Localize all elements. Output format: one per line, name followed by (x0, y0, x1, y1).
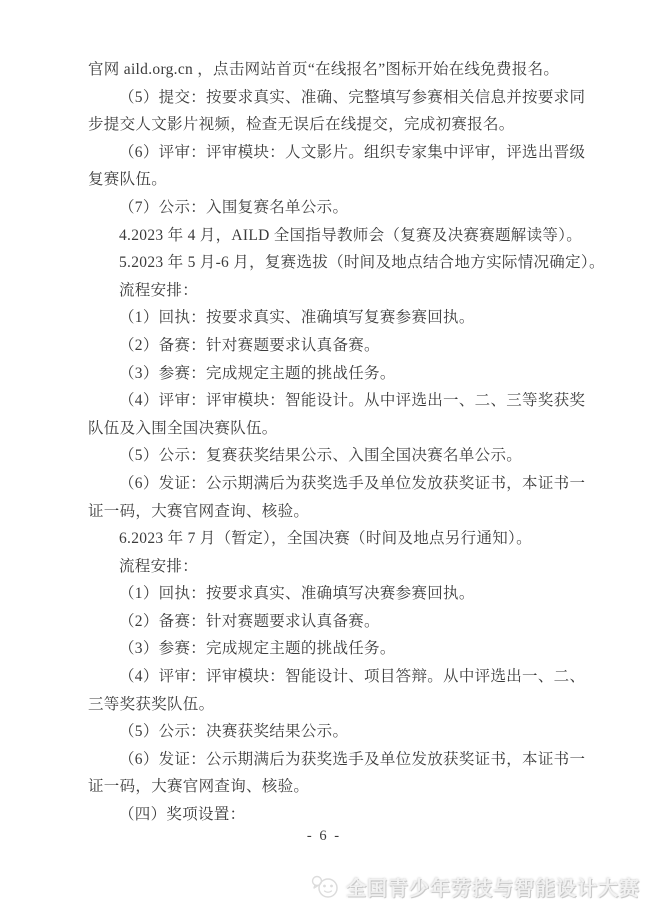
text-line: 流程安排： (88, 277, 580, 305)
text-line: （4）评审：评审模块：智能设计、项目答辩。从中评选出一、二、 (88, 663, 580, 691)
text-line: 复赛队伍。 (88, 166, 580, 194)
text-line: 官网 aild.org.cn ，点击网站首页“在线报名”图标开始在线免费报名。 (88, 56, 580, 84)
text-line: （6）评审：评审模块：人文影片。组织专家集中评审，评选出晋级 (88, 139, 580, 167)
text-line: （1）回执：按要求真实、准确填写决赛参赛回执。 (88, 580, 580, 608)
text-line: （3）参赛：完成规定主题的挑战任务。 (88, 360, 580, 388)
text-line: （5）公示：复赛获奖结果公示、入围全国决赛名单公示。 (88, 442, 580, 470)
text-line: （2）备赛：针对赛题要求认真备赛。 (88, 608, 580, 636)
text-line: （4）评审：评审模块：智能设计。从中评选出一、二、三等奖获奖 (88, 387, 580, 415)
text-line: （6）发证：公示期满后为获奖选手及单位发放获奖证书，本证书一 (88, 746, 580, 774)
text-line: （5）公示：决赛获奖结果公示。 (88, 718, 580, 746)
document-body: 官网 aild.org.cn ，点击网站首页“在线报名”图标开始在线免费报名。 … (88, 56, 580, 829)
text-line: （6）发证：公示期满后为获奖选手及单位发放获奖证书，本证书一 (88, 470, 580, 498)
text-line: 4.2023 年 4 月，AILD 全国指导教师会（复赛及决赛赛题解读等）。 (88, 222, 580, 250)
text-line: 流程安排： (88, 553, 580, 581)
document-page: 官网 aild.org.cn ，点击网站首页“在线报名”图标开始在线免费报名。 … (0, 0, 648, 915)
text-line: 队伍及入围全国决赛队伍。 (88, 415, 580, 443)
page-number: - 6 - (0, 828, 648, 845)
watermark-label: 全国青少年劳技与智能设计大赛 (346, 872, 640, 901)
text-line: （7）公示：入围复赛名单公示。 (88, 194, 580, 222)
text-line: 证一码，大赛官网查询、核验。 (88, 498, 580, 526)
competition-logo-icon (311, 874, 341, 900)
text-line: 6.2023 年 7 月（暂定），全国决赛（时间及地点另行通知）。 (88, 525, 580, 553)
text-line: （5）提交：按要求真实、准确、完整填写参赛相关信息并按要求同 (88, 84, 580, 112)
text-line: （四）奖项设置： (88, 801, 580, 829)
text-line: （3）参赛：完成规定主题的挑战任务。 (88, 635, 580, 663)
text-line: （1）回执：按要求真实、准确填写复赛参赛回执。 (88, 304, 580, 332)
text-line: 5.2023 年 5 月-6 月，复赛选拔（时间及地点结合地方实际情况确定）。 (88, 249, 580, 277)
watermark: 全国青少年劳技与智能设计大赛 (311, 872, 640, 901)
text-line: （2）备赛：针对赛题要求认真备赛。 (88, 332, 580, 360)
text-line: 三等奖获奖队伍。 (88, 691, 580, 719)
text-line: 证一码，大赛官网查询、核验。 (88, 773, 580, 801)
text-line: 步提交人文影片视频，检查无误后在线提交，完成初赛报名。 (88, 111, 580, 139)
